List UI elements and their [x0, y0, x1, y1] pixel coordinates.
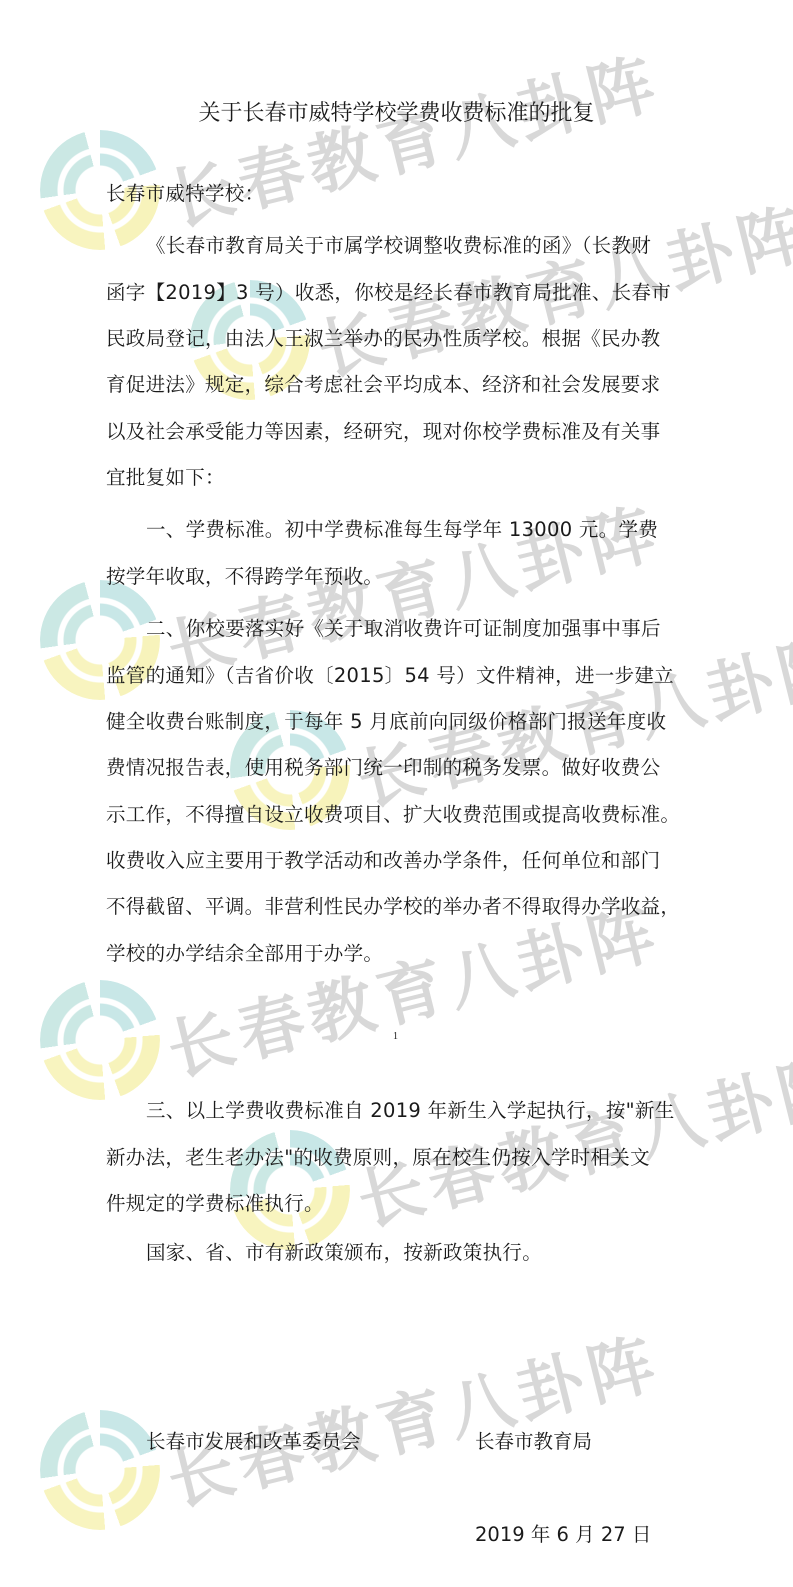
item-1-line: 一、学费标准。初中学费标准每生每学年 13000 元。学费: [146, 514, 658, 542]
intro-line: 育促进法》规定，综合考虑社会平均成本、经济和社会发展要求: [106, 369, 660, 397]
intro-line: 《长春市教育局关于市属学校调整收费标准的函》（长教财: [146, 230, 651, 258]
item-2-line: 学校的办学结余全部用于办学。: [106, 938, 383, 966]
issuer-ndrc: 长春市发展和改革委员会: [146, 1426, 361, 1454]
item-2-line: 费情况报告表，使用税务部门统一印制的税务发票。做好收费公: [106, 752, 660, 780]
document-page: 关于长春市威特学校学费收费标准的批复 长春市威特学校： 《长春市教育局关于市属学…: [0, 0, 793, 1587]
item-3-line: 件规定的学费标准执行。: [106, 1188, 324, 1216]
document-title: 关于长春市威特学校学费收费标准的批复: [0, 96, 793, 127]
item-2-line: 示工作，不得擅自设立收费项目、扩大收费范围或提高收费标准。: [106, 799, 680, 827]
item-2-line: 健全收费台账制度，于每年 5 月底前向同级价格部门报送年度收: [106, 706, 666, 734]
intro-line: 宜批复如下：: [106, 462, 225, 490]
item-3-line: 三、以上学费收费标准自 2019 年新生入学起执行，按"新生: [146, 1095, 675, 1123]
intro-line: 民政局登记，由法人王淑兰举办的民办性质学校。根据《民办教: [106, 323, 660, 351]
item-2-line: 收费收入应主要用于教学活动和改善办学条件，任何单位和部门: [106, 845, 660, 873]
issuer-education-bureau: 长春市教育局: [475, 1426, 592, 1454]
intro-line: 函字【2019】3 号）收悉，你校是经长春市教育局批准、长春市: [106, 277, 671, 305]
item-2-line: 监管的通知》（吉省价收〔2015〕54 号）文件精神，进一步建立: [106, 660, 674, 688]
item-2-line: 不得截留、平调。非营利性民办学校的举办者不得取得办学收益，: [106, 891, 680, 919]
salutation: 长春市威特学校：: [106, 178, 264, 206]
item-3-line: 新办法，老生老办法"的收费原则，原在校生仍按入学时相关文: [106, 1142, 650, 1170]
closing-line: 国家、省、市有新政策颁布，按新政策执行。: [146, 1237, 542, 1265]
page-number: 1: [393, 1031, 398, 1042]
document-date: 2019 年 6 月 27 日: [475, 1519, 651, 1547]
item-2-line: 二、你校要落实好《关于取消收费许可证制度加强事中事后: [146, 613, 661, 641]
item-1-line: 按学年收取，不得跨学年预收。: [106, 561, 383, 589]
intro-line: 以及社会承受能力等因素，经研究，现对你校学费标准及有关事: [106, 416, 660, 444]
